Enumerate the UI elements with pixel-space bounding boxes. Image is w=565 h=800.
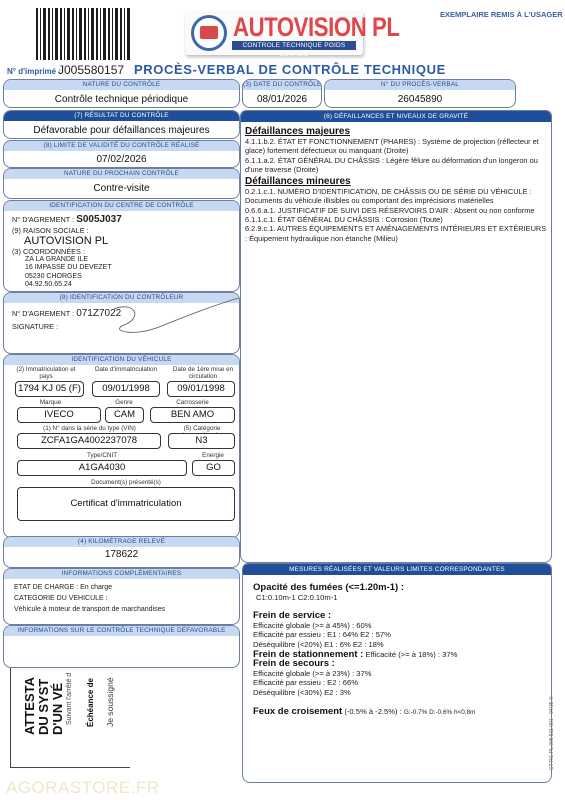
marque-value: IVECO: [17, 407, 101, 423]
attestation-title: ATTESTA DU SYST D'UN VÉ: [23, 677, 65, 735]
defaillance-majeure: 4.1.1.b.2. ÉTAT ET FONCTIONNEMENT (PHARE…: [245, 137, 547, 156]
controleur-panel: (9) IDENTIFICATION DU CONTRÔLEUR N° D'AG…: [3, 292, 240, 354]
infos-header: INFORMATIONS COMPLÉMENTAIRES: [4, 569, 239, 579]
attestation-title-line: D'UN VÉ: [51, 677, 65, 735]
centre-agrement-label: N° D'AGREMENT :: [12, 215, 74, 224]
marque-label: Marque: [17, 399, 84, 406]
resultat-value: Défavorable pour défaillances majeures: [4, 125, 239, 136]
frein-secours-line: Déséquilibre (<30%) E2 : 3%: [253, 688, 541, 698]
limite-panel: (8) LIMITE DE VALIDITÉ DU CONTRÔLE RÉALI…: [3, 140, 240, 168]
defaillances-panel: (6) DÉFAILLANCES ET NIVEAUX DE GRAVITÉ D…: [240, 110, 552, 563]
date-controle-panel: (3) DATE DU CONTRÔLE 08/01/2026: [242, 79, 322, 108]
immat-label: (2) Immatriculation et pays: [10, 366, 82, 380]
prochain-panel: NATURE DU PROCHAIN CONTRÔLE Contre-visit…: [3, 168, 240, 199]
prochain-header: NATURE DU PROCHAIN CONTRÔLE: [4, 169, 239, 179]
kilometrage-value: 178622: [4, 549, 239, 560]
genre-label: Genre: [104, 399, 144, 406]
nature-controle-panel: NATURE DU CONTRÔLE Contrôle technique pé…: [3, 79, 240, 108]
pv-number-value: 26045890: [325, 94, 515, 105]
documents-value: Certificat d'immatriculation: [17, 487, 235, 521]
resultat-panel: (7) RÉSULTAT DU CONTRÔLE Défavorable pou…: [3, 110, 240, 139]
date-mec-label: Date de 1ère mise en circulation: [167, 366, 239, 380]
coordonnees-label: (3) COORDONNÉES :: [12, 247, 231, 256]
barcode: [36, 8, 132, 60]
feux-title: Feux de croisement: [253, 706, 342, 717]
mesures-header: MESURES RÉALISÉES ET VALEURS LIMITES COR…: [243, 564, 551, 575]
defaillances-header: (6) DÉFAILLANCES ET NIVEAUX DE GRAVITÉ: [241, 111, 551, 122]
infos-panel: INFORMATIONS COMPLÉMENTAIRES ETAT DE CHA…: [3, 568, 240, 625]
brand-name: AUTOVISION PL: [233, 12, 399, 43]
truck-badge-icon: [191, 15, 227, 51]
address-line: 16 IMPASSE DU DEVEZET: [25, 264, 231, 272]
feux-value: G:-0.7% D:-0.6% h<0,8m: [404, 709, 476, 716]
frein-secours-line: Efficacité globale (>= à 23%) : 37%: [253, 669, 541, 679]
attestation-echeance: Échéance de: [86, 678, 95, 727]
frein-secours-line: Efficacité par essieu : E2 : 66%: [253, 678, 541, 688]
carrosserie-label: Carrosserie: [150, 399, 235, 406]
address-block: ZA LA GRANDE ILE 16 IMPASSE DU DEVEZET 0…: [25, 256, 231, 290]
energie-value: GO: [192, 460, 235, 476]
kilometrage-header: (4) KILOMÉTRAGE RELEVÉ: [4, 537, 239, 547]
side-form-code: CT RG PL 005 511 001 - 04/25 ©: [549, 696, 555, 770]
centre-panel: IDENTIFICATION DU CENTRE DE CONTRÔLE N° …: [3, 200, 240, 292]
resultat-header: (7) RÉSULTAT DU CONTRÔLE: [4, 111, 239, 121]
imprime-value: J005580157: [58, 63, 124, 77]
defaillance-majeure: 6.1.1.a.2. ÉTAT GÉNÉRAL DU CHÂSSIS : Lég…: [245, 156, 547, 175]
limite-value: 07/02/2026: [4, 154, 239, 165]
defaillance-mineure: 0.2.1.c.1. NUMÉRO D'IDENTIFICATION, DE C…: [245, 187, 547, 206]
centre-header: IDENTIFICATION DU CENTRE DE CONTRÔLE: [4, 201, 239, 211]
date-immat-value: 09/01/1998: [92, 381, 160, 397]
date-mec-value: 09/01/1998: [167, 381, 235, 397]
frein-secours-title: Frein de secours :: [253, 658, 335, 669]
frein-service-line: Efficacité globale (>= à 45%) : 60%: [253, 621, 541, 631]
vin-value: ZCFA1GA4002237078: [17, 433, 161, 449]
pv-number-header: N° DU PROCÈS-VERBAL: [325, 80, 515, 90]
brand-logo: AUTOVISION PL CONTROLE TECHNIQUE POIDS L…: [185, 11, 363, 55]
nature-controle-value: Contrôle technique périodique: [4, 94, 239, 105]
limite-header: (8) LIMITE DE VALIDITÉ DU CONTRÔLE RÉALI…: [4, 141, 239, 151]
raison-sociale-value: AUTOVISION PL: [24, 235, 231, 247]
opacite-title: Opacité des fumées (<=1.20m-1) :: [253, 582, 404, 593]
centre-agrement: N° D'AGREMENT : S005J037: [12, 214, 231, 225]
address-line: ZA LA GRANDE ILE: [25, 256, 231, 264]
controleur-agrement-label: N° D'AGREMENT :: [12, 309, 74, 318]
attestation-soussigne: Je soussigné: [105, 677, 115, 727]
defaillance-mineure: 6.2.9.c.1. AUTRES ÉQUIPEMENTS ET AMÉNAGE…: [245, 224, 547, 243]
vehicule-header: IDENTIFICATION DU VÉHICULE: [4, 355, 239, 365]
prochain-value: Contre-visite: [4, 183, 239, 194]
date-controle-header: (3) DATE DU CONTRÔLE: [243, 80, 321, 90]
defaillance-mineure: 0.6.6.a.1. JUSTIFICATIF DE SUIVI DES RÉS…: [245, 206, 547, 215]
genre-value: CAM: [105, 407, 144, 423]
opacite-value: C1:0.10m-1 C2:0.10m-1: [256, 593, 541, 603]
vin-label: (1) N° dans la série du type (VIN): [17, 425, 162, 432]
watermark: AGORASTORE.FR: [6, 778, 160, 798]
feux-range: (-0.5% à -2.5%) :: [344, 707, 401, 716]
frein-service-line: Efficacité par essieu : E1 : 64% E2 : 57…: [253, 630, 541, 640]
copy-label: EXEMPLAIRE REMIS À L'USAGER: [440, 10, 563, 19]
info-line: CATEGORIE DU VEHICULE :: [14, 593, 229, 604]
brand-tagline: CONTROLE TECHNIQUE POIDS LOURDS: [232, 41, 356, 50]
vehicule-panel: IDENTIFICATION DU VÉHICULE (2) Immatricu…: [3, 354, 240, 538]
page-title: PROCÈS-VERBAL DE CONTRÔLE TECHNIQUE: [134, 62, 446, 77]
defavorable-header: INFORMATIONS SUR LE CONTRÔLE TECHNIQUE D…: [4, 626, 239, 636]
documents-label: Document(s) présenté(s): [17, 479, 235, 486]
info-line: Véhicule à moteur de transport de marcha…: [14, 604, 229, 615]
address-line: 04.92.50.65.24: [25, 281, 231, 289]
info-line: ETAT DE CHARGE : En charge: [14, 582, 229, 593]
frein-stationnement-value: Efficacité (>= à 18%) : 37%: [365, 650, 457, 659]
pv-number-panel: N° DU PROCÈS-VERBAL 26045890: [324, 79, 516, 108]
defaillance-mineure: 6.1.1.c.1. ÉTAT GÉNÉRAL DU CHÂSSIS : Cor…: [245, 215, 547, 224]
raison-sociale-label: (9) RAISON SOCIALE :: [12, 226, 231, 235]
signature-scribble: [104, 297, 240, 347]
address-line: 05230 CHORGES: [25, 273, 231, 281]
imprime-label: N° d'imprimé :: [7, 67, 61, 76]
frein-service-title: Frein de service :: [253, 610, 331, 621]
attestation-suivant: Suivant l'arrêté d: [66, 673, 73, 725]
nature-controle-header: NATURE DU CONTRÔLE: [4, 80, 239, 90]
kilometrage-panel: (4) KILOMÉTRAGE RELEVÉ 178622: [3, 536, 240, 568]
majeures-title: Défaillances majeures: [245, 126, 547, 137]
carrosserie-value: BEN AMO: [150, 407, 235, 423]
mineures-title: Défaillances mineures: [245, 176, 547, 187]
date-controle-value: 08/01/2026: [243, 94, 321, 105]
attestation-title-line: ATTESTA: [23, 677, 37, 735]
mesures-panel: MESURES RÉALISÉES ET VALEURS LIMITES COR…: [242, 563, 552, 783]
energie-label: Energie: [191, 452, 235, 459]
date-immat-label: Date d'immatriculation: [90, 366, 162, 373]
defavorable-panel: INFORMATIONS SUR LE CONTRÔLE TECHNIQUE D…: [3, 625, 240, 668]
type-value: A1GA4030: [17, 460, 187, 476]
immat-value: 1794 KJ 05 (F): [15, 381, 84, 397]
attestation-title-line: DU SYST: [37, 677, 51, 735]
type-label: Type/CNIT: [17, 452, 187, 459]
categorie-value: N3: [168, 433, 235, 449]
centre-agrement-value: S005J037: [76, 214, 122, 225]
